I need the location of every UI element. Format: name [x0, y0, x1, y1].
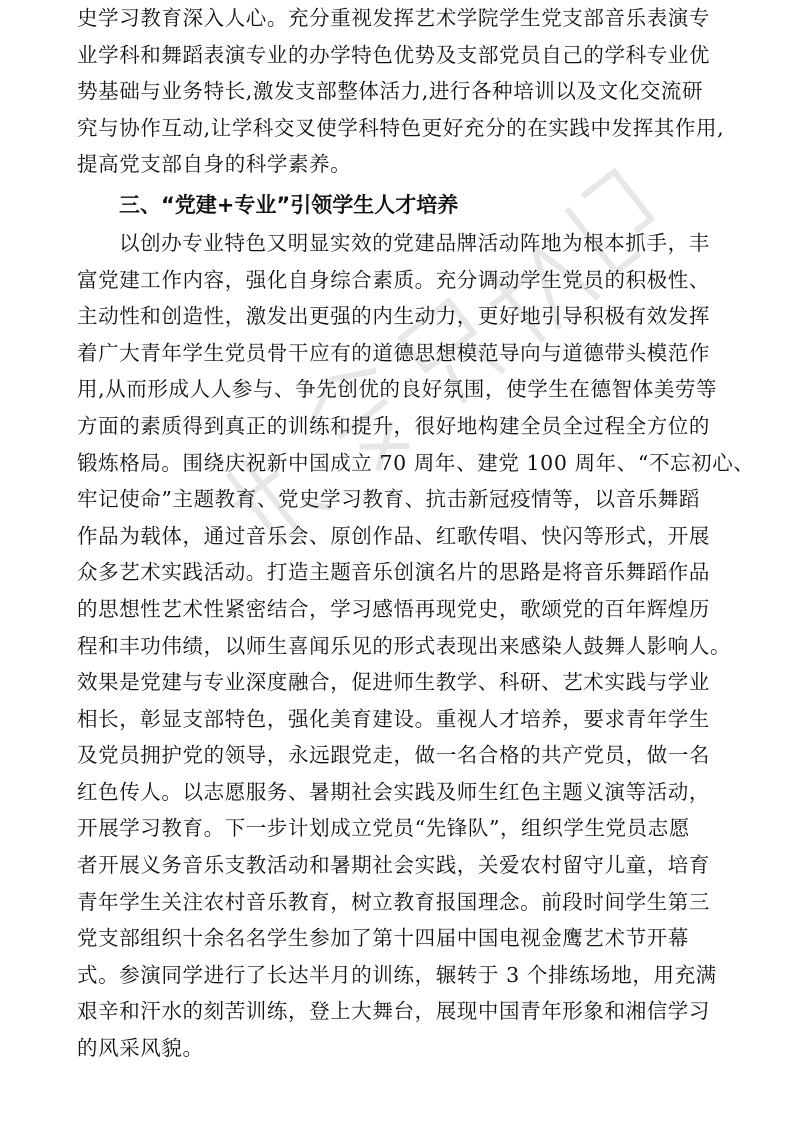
- paragraph-line: 以创办专业特色又明显实效的党建品牌活动阵地为根本抓手，丰: [77, 225, 722, 262]
- paragraph-line: 着广大青年学生党员骨干应有的道德思想模范导向与道德带头模范作: [77, 335, 722, 372]
- paragraph-line: 及党员拥护党的领导，永远跟党走，做一名合格的共产党员，做一名: [77, 737, 722, 774]
- paragraph-line: 提高党支部自身的科学素养。: [77, 146, 722, 183]
- paragraph-line: 锻炼格局。围绕庆祝新中国成立 70 周年、建党 100 周年、“不忘初心、: [77, 445, 722, 482]
- paragraph-line: 众多艺术实践活动。打造主题音乐创演名片的思路是将音乐舞蹈作品: [77, 554, 722, 591]
- paragraph-line: 者开展义务音乐支教活动和暑期社会实践，关爱农村留守儿童，培育: [77, 847, 722, 884]
- intro-paragraph: 史学习教育深入人心。充分重视发挥艺术学院学生党支部音乐表演专 业学科和舞蹈表演专…: [77, 0, 722, 183]
- paragraph-line: 的风采风貌。: [77, 1030, 722, 1067]
- paragraph-line: 效果是党建与专业深度融合，促进师生教学、科研、艺术实践与学业: [77, 664, 722, 701]
- paragraph-line: 方面的素质得到真正的训练和提升，很好地构建全员全过程全方位的: [77, 408, 722, 445]
- paragraph-line: 史学习教育深入人心。充分重视发挥艺术学院学生党支部音乐表演专: [77, 0, 722, 37]
- section-heading: 三、“党建+专业”引领学生人才培养: [77, 185, 722, 225]
- paragraph-line: 相长，彰显支部特色，强化美育建设。重视人才培养，要求青年学生: [77, 701, 722, 738]
- paragraph-line: 势基础与业务特长,激发支部整体活力,进行各种培训以及文化交流研: [77, 73, 722, 110]
- section-body-paragraph: 以创办专业特色又明显实效的党建品牌活动阵地为根本抓手，丰 富党建工作内容，强化自…: [77, 225, 722, 1067]
- paragraph-line: 式。参演同学进行了长达半月的训练，辗转于 3 个排练场地，用充满: [77, 957, 722, 994]
- paragraph-line: 艰辛和汗水的刻苦训练，登上大舞台，展现中国青年形象和湘信学习: [77, 993, 722, 1030]
- paragraph-line: 主动性和创造性，激发出更强的内生动力，更好地引导积极有效发挥: [77, 298, 722, 335]
- paragraph-line: 党支部组织十余名名学生参加了第十四届中国电视金鹰艺术节开幕: [77, 920, 722, 957]
- document-page: 史学习教育深入人心。充分重视发挥艺术学院学生党支部音乐表演专 业学科和舞蹈表演专…: [77, 0, 722, 1067]
- paragraph-line: 开展学习教育。下一步计划成立党员“先锋队”，组织学生党员志愿: [77, 810, 722, 847]
- paragraph-line: 红色传人。以志愿服务、暑期社会实践及师生红色主题义演等活动，: [77, 774, 722, 811]
- paragraph-line: 用,从而形成人人参与、争先创优的良好氛围，使学生在德智体美劳等: [77, 371, 722, 408]
- paragraph-line: 青年学生关注农村音乐教育，树立教育报国理念。前段时间学生第三: [77, 884, 722, 921]
- paragraph-line: 牢记使命”主题教育、党史学习教育、抗击新冠疫情等，以音乐舞蹈: [77, 481, 722, 518]
- paragraph-line: 作品为载体，通过音乐会、原创作品、红歌传唱、快闪等形式，开展: [77, 518, 722, 555]
- paragraph-line: 的思想性艺术性紧密结合，学习感悟再现党史，歌颂党的百年辉煌历: [77, 591, 722, 628]
- paragraph-line: 程和丰功伟绩，以师生喜闻乐见的形式表现出来感染人鼓舞人影响人。: [77, 628, 722, 665]
- paragraph-line: 业学科和舞蹈表演专业的办学特色优势及支部党员自己的学科专业优: [77, 37, 722, 74]
- paragraph-line: 究与协作互动,让学科交叉使学科特色更好充分的在实践中发挥其作用,: [77, 110, 722, 147]
- paragraph-line: 富党建工作内容，强化自身综合素质。充分调动学生党员的积极性、: [77, 262, 722, 299]
